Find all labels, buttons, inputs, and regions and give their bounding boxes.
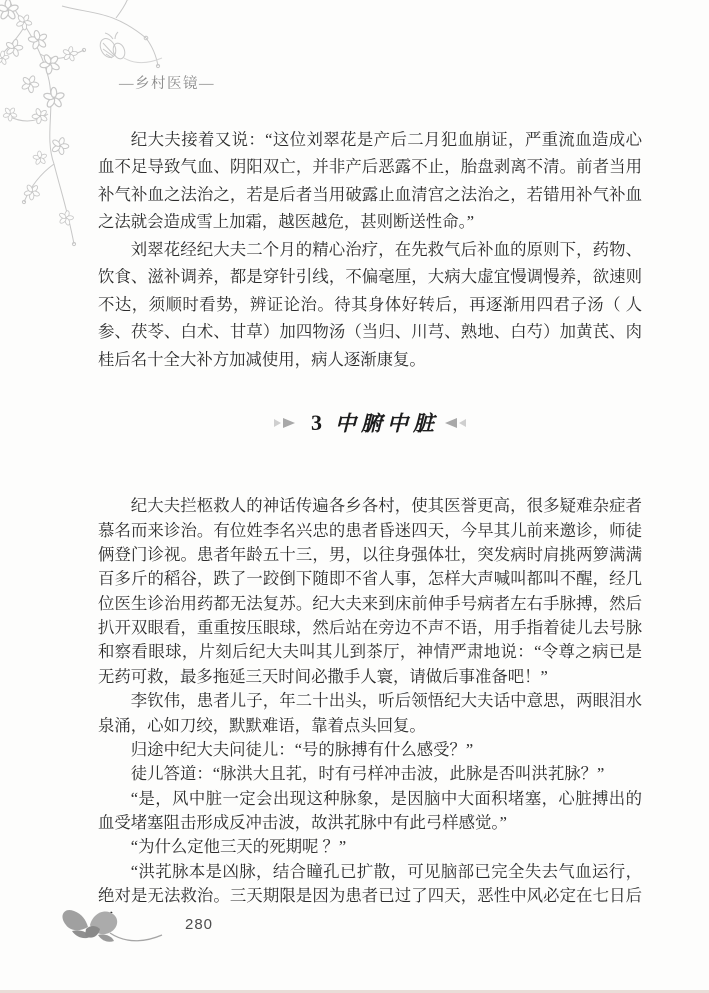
section-heading: 3 中腑中脏 [98, 408, 642, 438]
body-paragraph: “是，风中脏一定会出现这种脉象，是因脑中大面积堵塞，心脏搏出的血受堵塞阻击形成反… [98, 787, 642, 836]
body-paragraph: 归途中纪大夫问徒儿：“号的脉搏有什么感受？” [98, 738, 642, 762]
paragraphs-before-heading: 纪大夫接着又说：“这位刘翠花是产后二月犯血崩证，严重流血造成心血不足导致气血、阴… [98, 126, 642, 373]
body-paragraph: “为什么定他三天的死期呢 ？” [98, 835, 642, 859]
butterfly-outline-icon [97, 32, 162, 63]
heading-arrow-right-icon [273, 416, 297, 430]
section-title: 中腑中脏 [335, 411, 439, 435]
butterfly-silhouette-icon [58, 903, 173, 955]
page-number: 280 [185, 916, 213, 933]
body-paragraph: 徒儿答道：“脉洪大且芤，时有弓样冲击波，此脉是否叫洪芤脉？” [98, 762, 642, 786]
book-page: —乡村医镜— 纪大夫接着又说：“这位刘翠花是产后二月犯血崩证，严重流血造成心血不… [0, 0, 709, 993]
section-number: 3 [311, 410, 322, 435]
text-column: 纪大夫接着又说：“这位刘翠花是产后二月犯血崩证，严重流血造成心血不足导致气血、阴… [98, 126, 642, 933]
body-paragraph: 纪大夫接着又说：“这位刘翠花是产后二月犯血崩证，严重流血造成心血不足导致气血、阴… [98, 126, 642, 236]
paragraphs-after-heading: 纪大夫拦柩救人的神话传遍各乡各村，使其医誉更高，很多疑难杂症者慕名而来诊治。有位… [98, 494, 642, 932]
body-paragraph: “洪芤脉本是凶脉，结合瞳孔已扩散，可见脑部已完全失去气血运行，绝对是无法救治。三… [98, 860, 642, 933]
heading-arrow-left-icon [443, 416, 467, 430]
running-header: —乡村医镜— [119, 75, 215, 93]
body-paragraph: 刘翠花经纪大夫二个月的精心治疗，在先救气后补血的原则下，药物、饮食、滋补调养，都… [98, 236, 642, 373]
body-paragraph: 纪大夫拦柩救人的神话传遍各乡各村，使其医誉更高，很多疑难杂症者慕名而来诊治。有位… [98, 494, 642, 689]
body-paragraph: 李钦伟，患者儿子，年二十出头，听后领悟纪大夫话中意思，两眼泪水泉涌，心如刀绞，默… [98, 689, 642, 738]
